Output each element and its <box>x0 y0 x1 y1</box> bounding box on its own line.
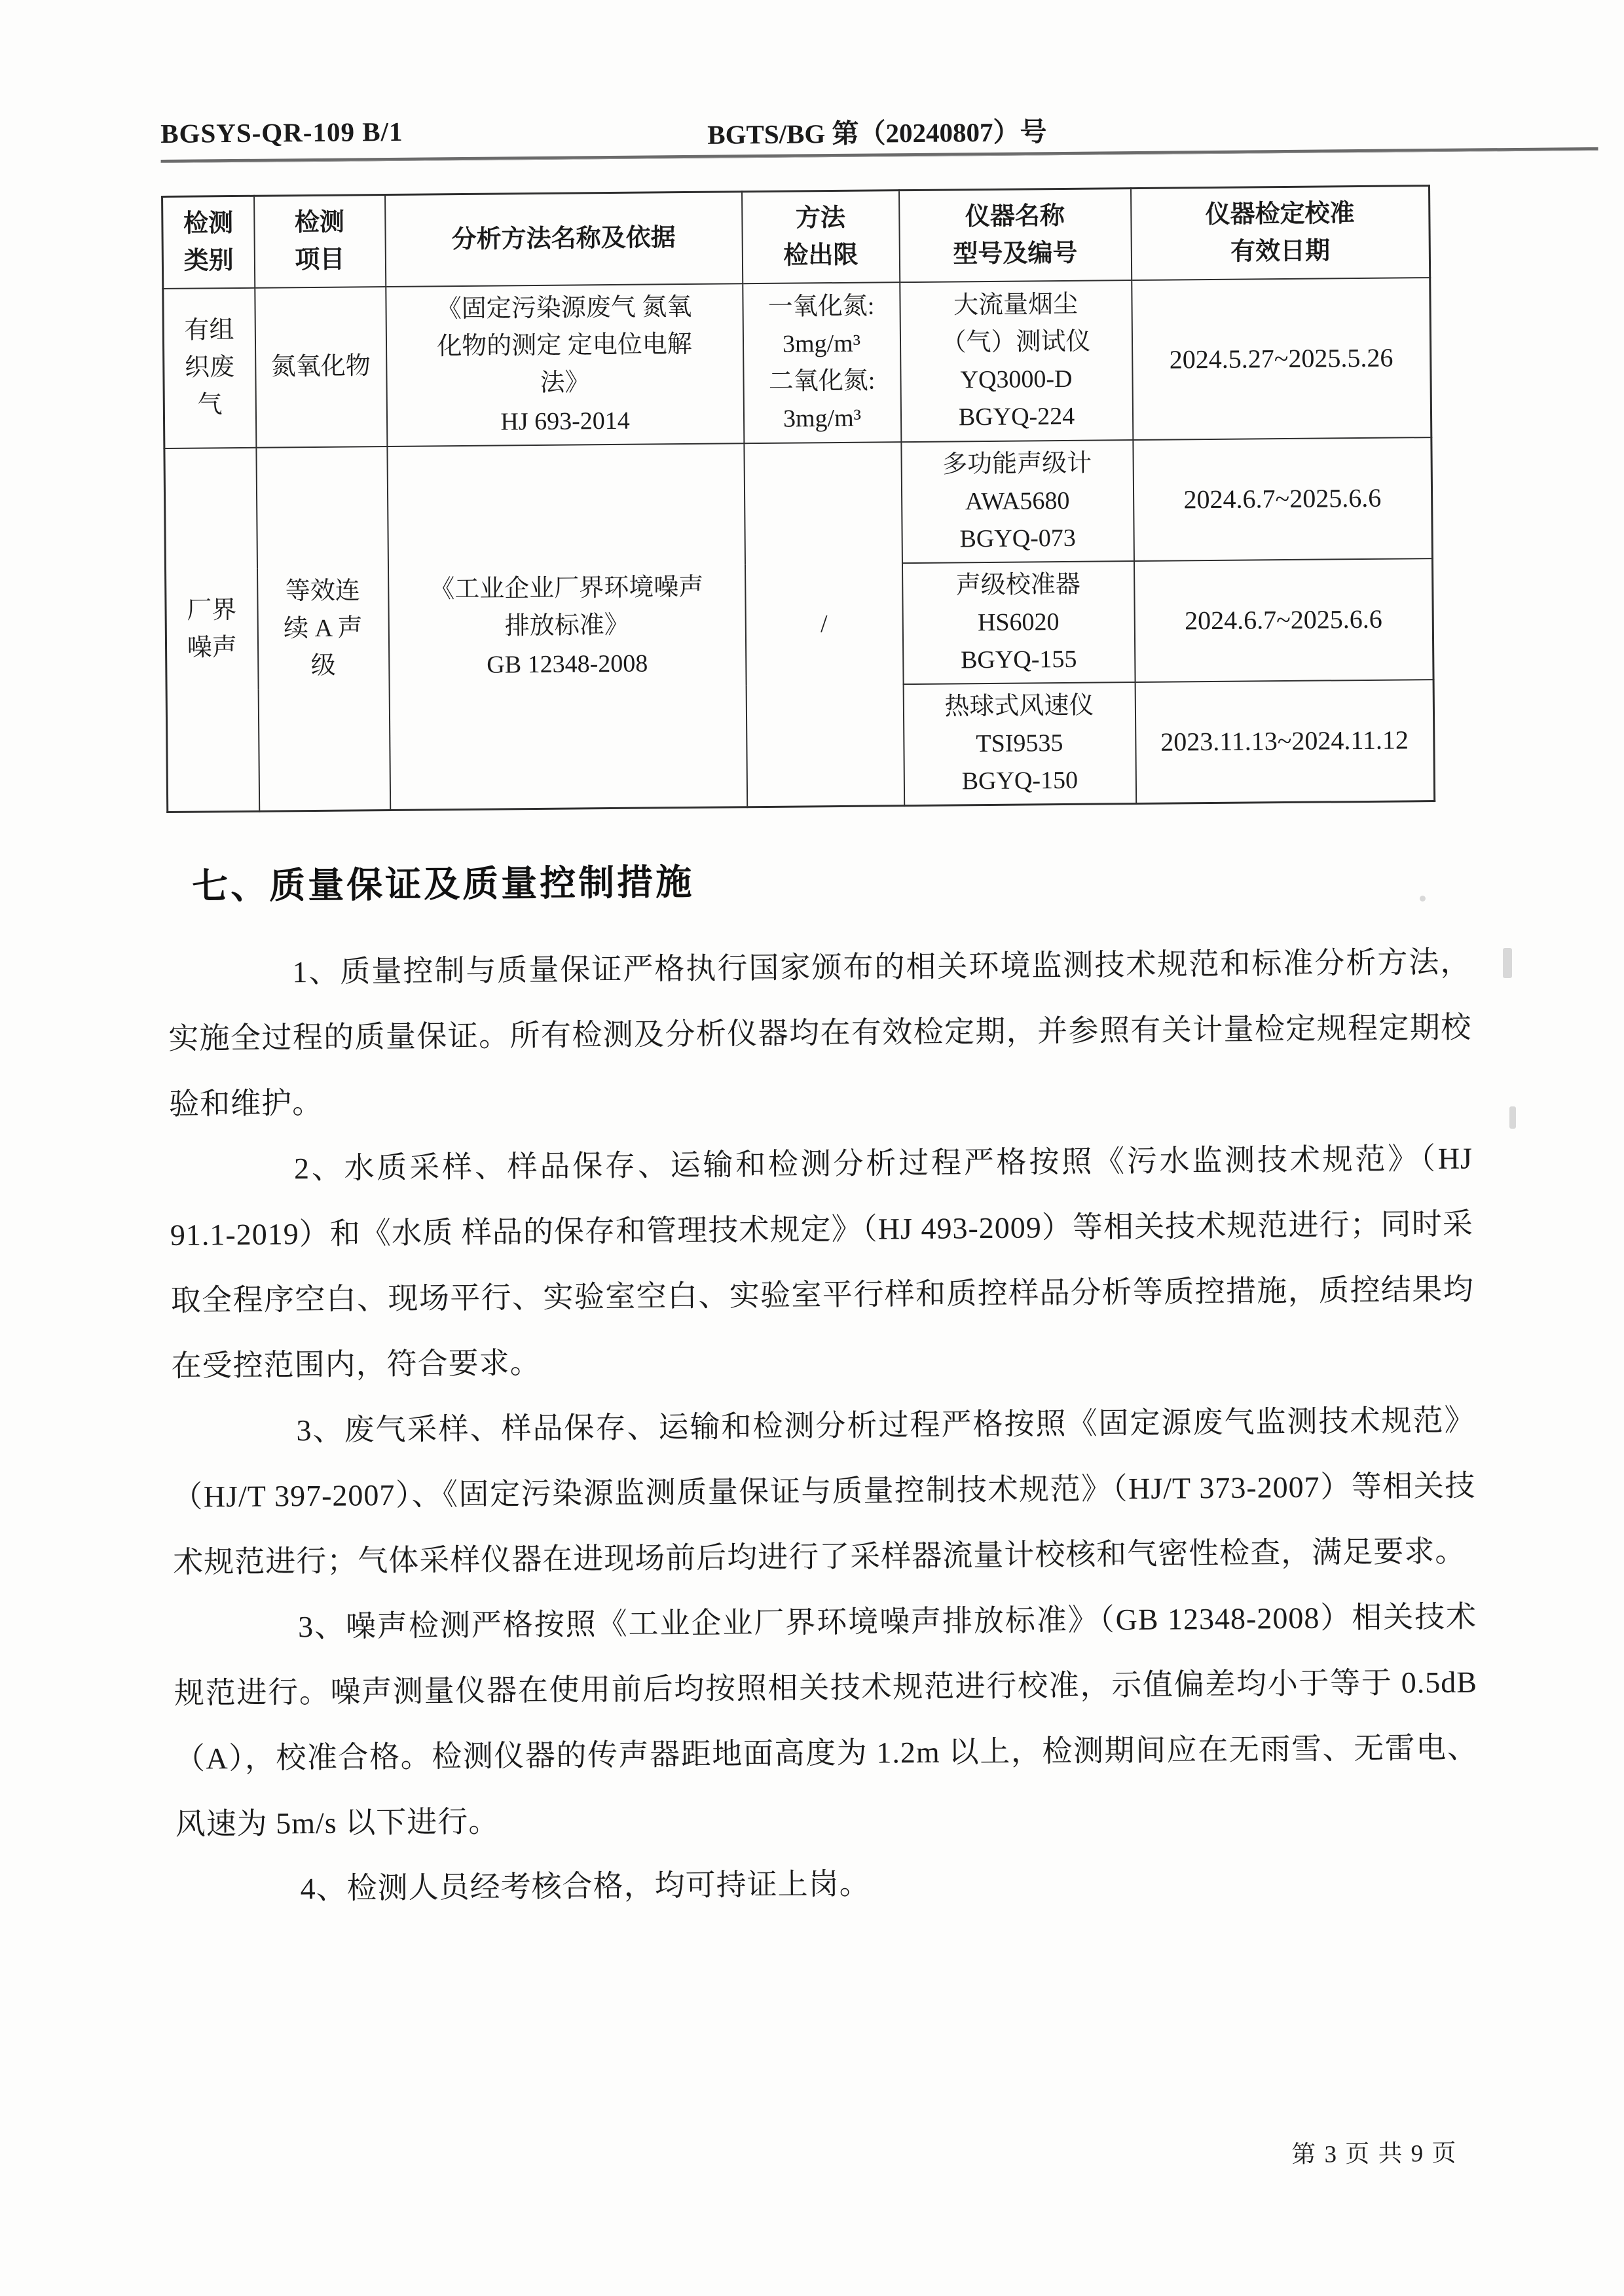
noise-instrument-cell-2: 声级校准器 HS6020 BGYQ-155 <box>902 561 1135 684</box>
section-heading: 七、质量保证及质量控制措施 <box>192 846 1471 909</box>
table-row-noise-1: 厂界 噪声 等效连 续 A 声 级 《工业企业厂界环境噪声 排放标准》 GB 1… <box>164 437 1433 570</box>
page-content: BGSYS-QR-109 B/1 BGTS/BG 第（20240807）号 检测… <box>160 107 1483 2296</box>
qa-paragraph-3: 3、废气采样、样品保存、运输和检测分析过程严格按照《固定源废气监测技术规范》（H… <box>172 1387 1477 1595</box>
noise-method-cell: 《工业企业厂界环境噪声 排放标准》 GB 12348-2008 <box>387 443 747 810</box>
gas-instrument-cell: 大流量烟尘 （气）测试仪 YQ3000-D BGYQ-224 <box>900 280 1133 442</box>
table-row-gas: 有组 织废 气 氮氧化物 《固定污染源废气 氮氧 化物的测定 定电位电解 法》 … <box>163 278 1431 448</box>
noise-category-cell: 厂界 噪声 <box>164 447 259 812</box>
instruments-table: 检测 类别 检测 项目 分析方法名称及依据 方法 检出限 仪器名称 型号及编号 … <box>161 185 1435 812</box>
noise-validity-cell-2: 2024.6.7~2025.6.6 <box>1134 558 1433 682</box>
noise-validity-cell-3: 2023.11.13~2024.11.12 <box>1135 680 1435 803</box>
scan-artifact <box>1509 1106 1516 1129</box>
noise-limit-cell: / <box>744 442 904 807</box>
gas-method-name: 《固定污染源废气 氮氧 化物的测定 定电位电解 法》 <box>392 288 737 403</box>
header-cell-validity: 仪器检定校准 有效日期 <box>1130 186 1430 280</box>
report-number-text: BGTS/BG 第（20240807）号 <box>707 110 1047 152</box>
qa-paragraph-5: 4、检测人员经考核合格，均可持证上岗。 <box>175 1846 1479 1922</box>
header-cell-item: 检测 项目 <box>254 195 386 288</box>
noise-method-code: GB 12348-2008 <box>395 644 740 685</box>
noise-validity-cell-1: 2024.6.7~2025.6.6 <box>1133 437 1433 561</box>
header-cell-category: 检测 类别 <box>162 196 255 288</box>
gas-item-cell: 氮氧化物 <box>255 287 387 448</box>
noise-method-name: 《工业企业厂界环境噪声 排放标准》 <box>394 568 740 646</box>
document-header: BGSYS-QR-109 B/1 BGTS/BG 第（20240807）号 <box>160 107 1464 152</box>
noise-item-cell: 等效连 续 A 声 级 <box>256 446 390 811</box>
scanned-report-page: { "page_header": { "doc_code": "BGSYS-QR… <box>0 0 1624 2296</box>
qa-paragraph-2: 2、水质采样、样品保存、运输和检测分析过程严格按照《污水监测技术规范》（HJ 9… <box>170 1125 1475 1398</box>
table-header-row: 检测 类别 检测 项目 分析方法名称及依据 方法 检出限 仪器名称 型号及编号 … <box>162 186 1430 289</box>
qa-paragraphs: 1、质量控制与质量保证严格执行国家颁布的相关环境监测技术规范和标准分析方法，实施… <box>168 929 1479 1922</box>
noise-instrument-cell-1: 多功能声级计 AWA5680 BGYQ-073 <box>901 440 1134 563</box>
doc-code-text: BGSYS-QR-109 B/1 <box>160 116 403 149</box>
qa-paragraph-1: 1、质量控制与质量保证严格执行国家颁布的相关环境监测技术规范和标准分析方法，实施… <box>168 929 1473 1137</box>
gas-method-code: HJ 693-2014 <box>392 401 737 442</box>
header-cell-method: 分析方法名称及依据 <box>385 192 743 287</box>
header-cell-limit: 方法 检出限 <box>742 191 900 283</box>
page-number-text: 第 3 页 共 9 页 <box>1291 2133 1458 2170</box>
gas-validity-cell: 2024.5.27~2025.5.26 <box>1132 278 1431 440</box>
qa-paragraph-4: 3、噪声检测严格按照《工业企业厂界环境噪声排放标准》（GB 12348-2008… <box>174 1584 1479 1857</box>
scan-artifact <box>1420 896 1426 902</box>
gas-limit-cell: 一氧化氮: 3mg/m³ 二氧化氮: 3mg/m³ <box>743 282 901 443</box>
scan-artifact <box>1503 948 1512 978</box>
header-cell-instrument: 仪器名称 型号及编号 <box>899 189 1132 282</box>
gas-category-cell: 有组 织废 气 <box>163 287 256 448</box>
noise-instrument-cell-3: 热球式风速仪 TSI9535 BGYQ-150 <box>903 682 1136 806</box>
gas-method-cell: 《固定污染源废气 氮氧 化物的测定 定电位电解 法》 HJ 693-2014 <box>386 283 744 446</box>
